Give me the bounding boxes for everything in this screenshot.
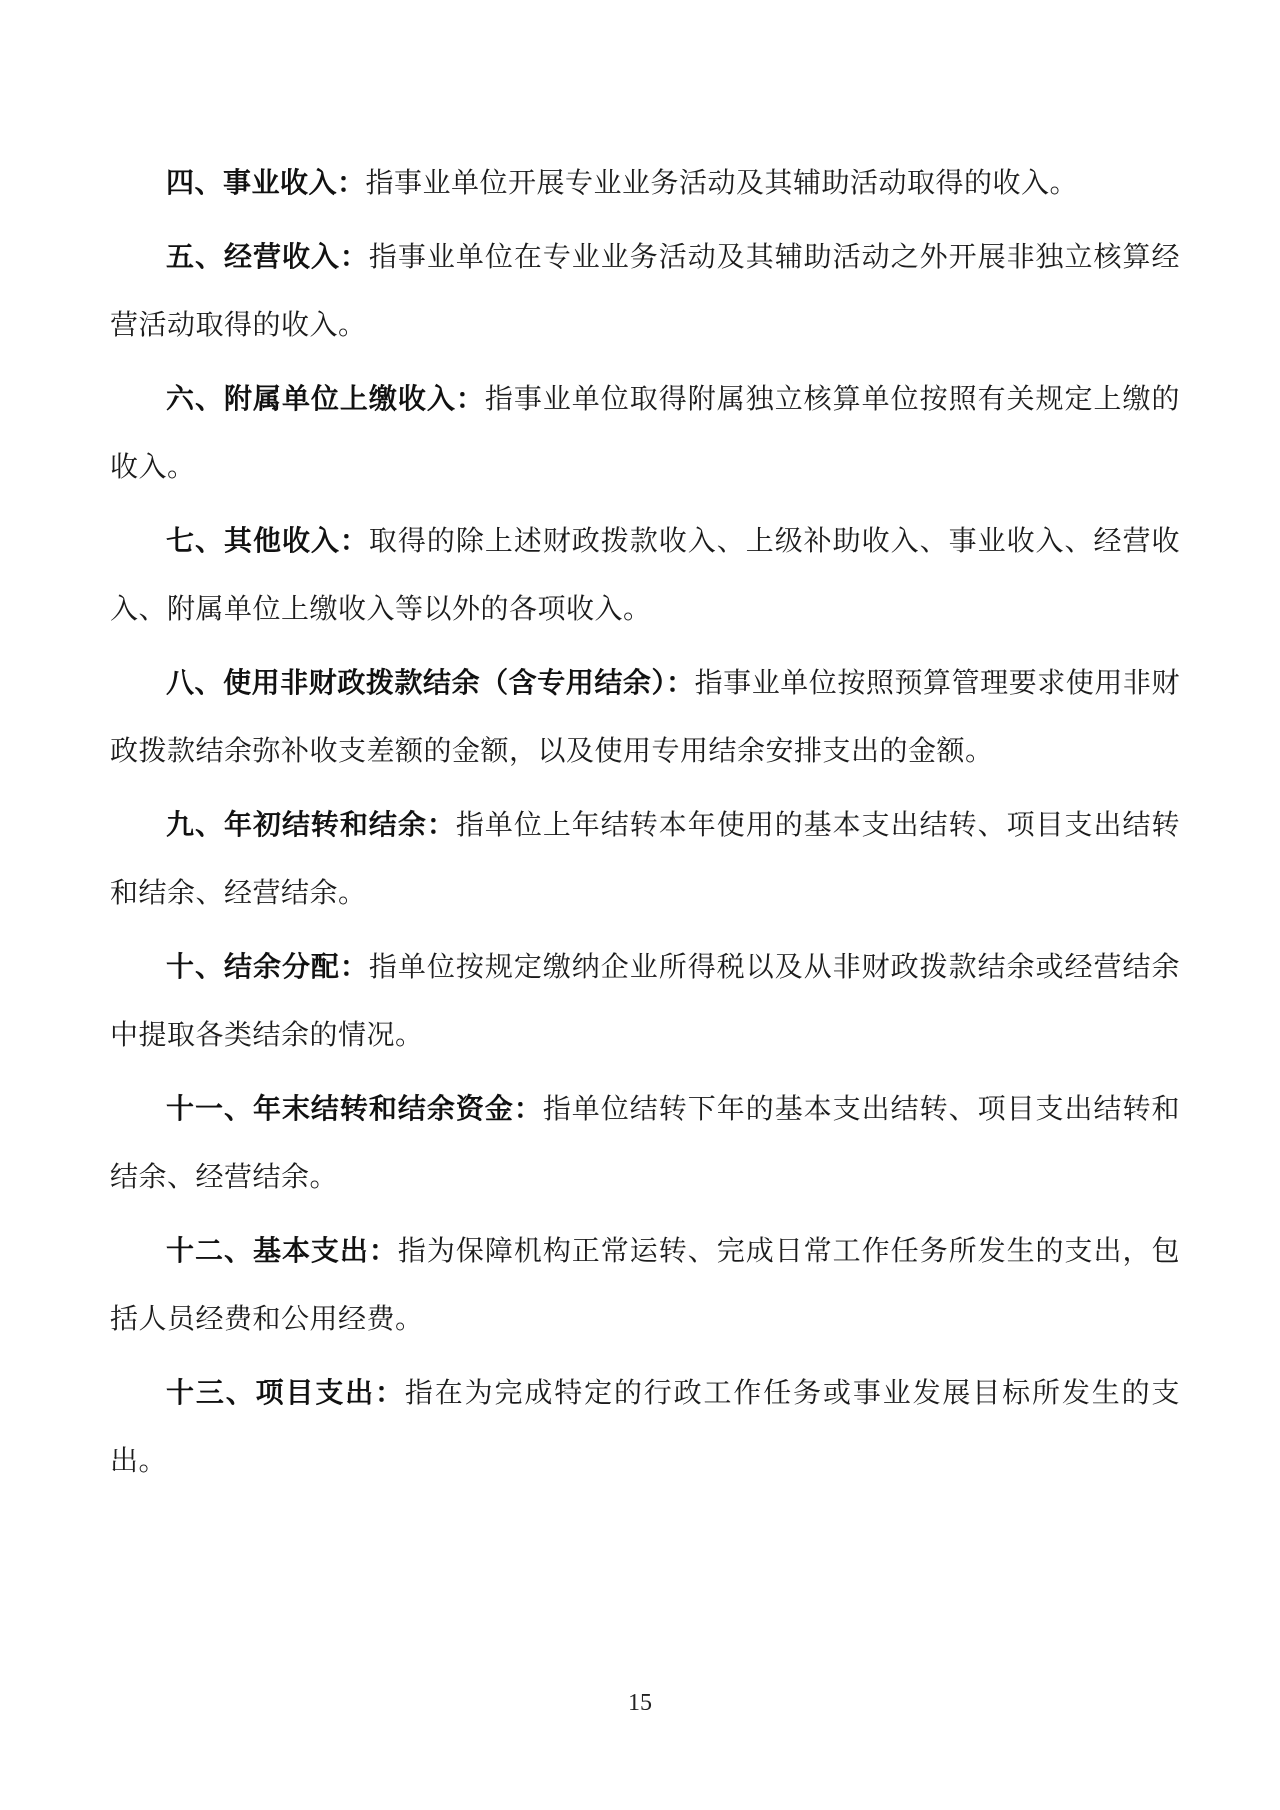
definition-item-9: 九、年初结转和结余：指单位上年结转本年使用的基本支出结转、项目支出结转和结余、经…: [110, 792, 1180, 928]
definition-term: 十二、基本支出：: [166, 1236, 398, 1267]
definition-item-5: 五、经营收入：指事业单位在专业业务活动及其辅助活动之外开展非独立核算经营活动取得…: [110, 224, 1180, 360]
definition-term: 十、结余分配：: [166, 952, 369, 983]
definition-term: 十一、年末结转和结余资金：: [166, 1094, 543, 1125]
page-number: 15: [0, 1688, 1280, 1718]
definition-item-10: 十、结余分配：指单位按规定缴纳企业所得税以及从非财政拨款结余或经营结余中提取各类…: [110, 934, 1180, 1070]
definition-item-12: 十二、基本支出：指为保障机构正常运转、完成日常工作任务所发生的支出，包括人员经费…: [110, 1218, 1180, 1354]
definition-text: 指事业单位开展专业业务活动及其辅助活动取得的收入。: [366, 168, 1079, 199]
definition-item-8: 八、使用非财政拨款结余（含专用结余）：指事业单位按照预算管理要求使用非财政拨款结…: [110, 650, 1180, 786]
definition-term: 四、事业收入：: [166, 168, 366, 199]
document-page: 四、事业收入：指事业单位开展专业业务活动及其辅助活动取得的收入。 五、经营收入：…: [0, 0, 1280, 1810]
definition-term: 九、年初结转和结余：: [166, 810, 456, 841]
definition-term: 五、经营收入：: [166, 242, 369, 273]
definition-term: 八、使用非财政拨款结余（含专用结余）：: [166, 668, 695, 699]
definition-item-7: 七、其他收入：取得的除上述财政拨款收入、上级补助收入、事业收入、经营收入、附属单…: [110, 508, 1180, 644]
definition-item-11: 十一、年末结转和结余资金：指单位结转下年的基本支出结转、项目支出结转和结余、经营…: [110, 1076, 1180, 1212]
definition-item-4: 四、事业收入：指事业单位开展专业业务活动及其辅助活动取得的收入。: [110, 150, 1180, 218]
definition-term: 六、附属单位上缴收入：: [166, 384, 485, 415]
definition-term: 七、其他收入：: [166, 526, 369, 557]
definition-item-13: 十三、项目支出：指在为完成特定的行政工作任务或事业发展目标所发生的支出。: [110, 1360, 1180, 1496]
definition-item-6: 六、附属单位上缴收入：指事业单位取得附属独立核算单位按照有关规定上缴的收入。: [110, 366, 1180, 502]
glossary-definitions: 四、事业收入：指事业单位开展专业业务活动及其辅助活动取得的收入。 五、经营收入：…: [110, 150, 1180, 1502]
definition-term: 十三、项目支出：: [166, 1378, 405, 1409]
